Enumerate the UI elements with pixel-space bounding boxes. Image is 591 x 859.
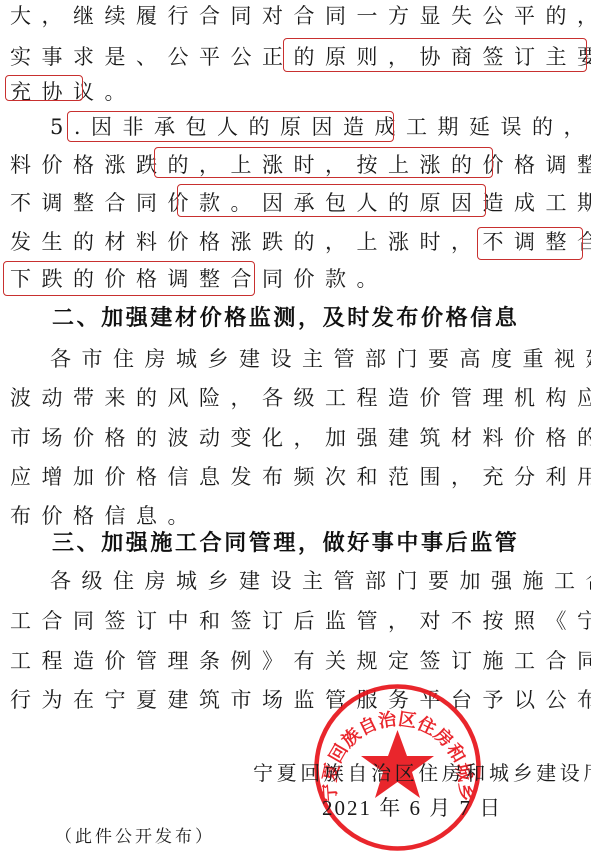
issuer-name: 宁夏回族自治区住房和城乡建设厅 — [253, 758, 591, 788]
text-line: 应增加价格信息发布频次和范围，充分利用信息化方式动态发 — [10, 457, 591, 498]
highlight-box — [283, 38, 587, 72]
section-heading: 二、加强建材价格监测，及时发布价格信息 — [52, 298, 519, 339]
text-line: 各市住房城乡建设主管部门要高度重视建筑材料价格异常 — [50, 339, 591, 380]
issue-date: 2021 年 6 月 7 日 — [322, 793, 502, 823]
text-line: 工程造价管理条例》有关规定签订施工合同的进行处理，不良 — [10, 641, 591, 682]
public-release-note: （此件公开发布） — [55, 822, 215, 852]
highlight-box — [154, 147, 493, 178]
text-line: 市场价格的波动变化，加强建筑材料价格的动态监测。自治区 — [10, 418, 591, 459]
text-line: 行为在宁夏建筑市场监管服务平台予以公布。 — [10, 680, 591, 721]
highlight-box — [177, 184, 486, 217]
text-line: 工合同签订中和签订后监管，对不按照《宁夏回族自治区建设 — [10, 601, 591, 642]
text-line: 大，继续履行合同对合同一方显失公平的，发承包双方应本着 — [10, 0, 591, 37]
text-line: 波动带来的风险，各级工程造价管理机构应密切关注建筑材料 — [10, 378, 591, 419]
text-line: 各级住房城乡建设主管部门要加强施工合同管理，加大施 — [50, 561, 591, 602]
highlight-box — [477, 227, 583, 260]
highlight-box — [3, 261, 255, 296]
section-heading: 三、加强施工合同管理，做好事中事后监管 — [52, 523, 519, 564]
highlight-box — [67, 111, 394, 142]
highlight-box — [5, 75, 83, 101]
